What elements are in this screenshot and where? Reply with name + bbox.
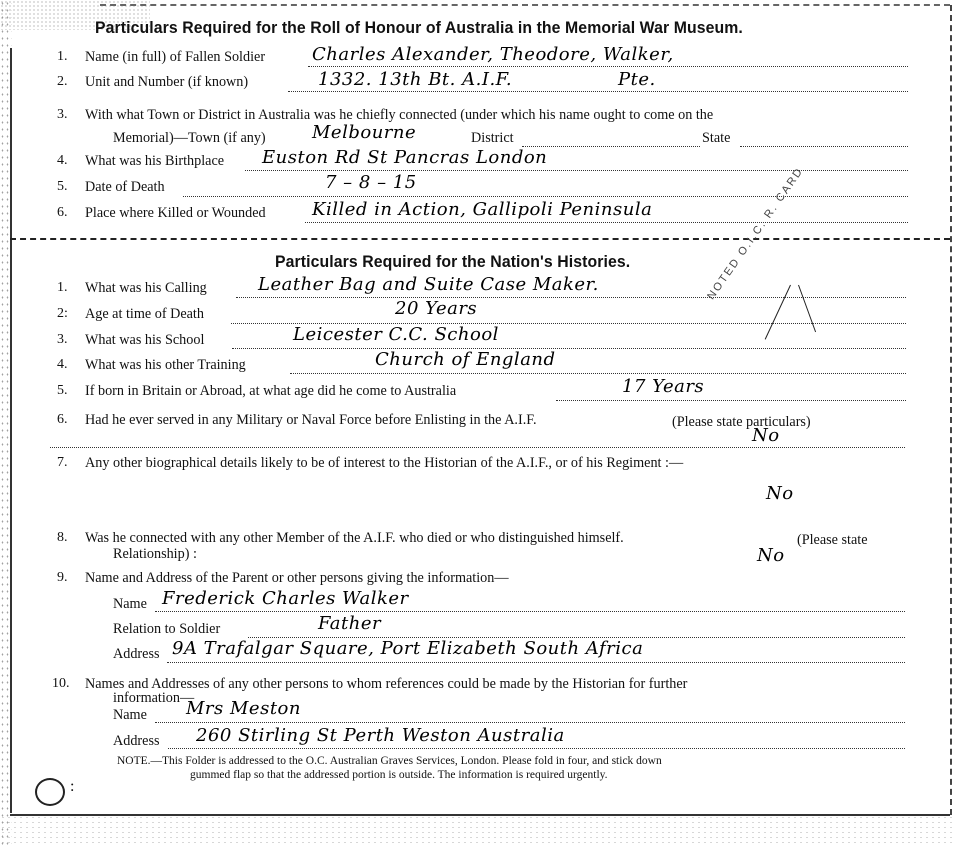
section-separator (10, 238, 950, 240)
border-top (100, 4, 950, 6)
field-label-biographical: Any other biographical details likely to… (85, 455, 683, 472)
note-line-1: NOTE.—This Folder is addressed to the O.… (117, 755, 662, 767)
fill-line (183, 196, 908, 197)
item-number: 2: (57, 306, 81, 322)
fill-line (556, 400, 906, 401)
border-bottom (10, 814, 950, 816)
field-label-age-arrival: If born in Britain or Abroad, at what ag… (85, 383, 456, 400)
fill-line (308, 66, 908, 67)
field-label-name: Name (in full) of Fallen Soldier (85, 49, 265, 66)
town-value: Melbourne (312, 122, 416, 143)
fill-line (236, 297, 906, 298)
other-training-value: Church of England (375, 349, 556, 370)
fill-line (155, 611, 905, 612)
noted-stamp: NOTED O.I.C. R. CARD (705, 165, 806, 302)
item-number: 1. (57, 49, 81, 65)
school-value: Leicester C.C. School (293, 324, 499, 345)
other-name-value: Mrs Meston (186, 698, 301, 719)
field-label-connected: Was he connected with any other Member o… (85, 530, 624, 547)
field-label-parent-address: Address (113, 646, 160, 663)
item-number: 5. (57, 383, 81, 399)
field-label-unit: Unit and Number (if known) (85, 74, 248, 91)
item-number: 1. (57, 280, 81, 296)
age-arrival-value: 17 Years (622, 376, 704, 397)
field-label-school: What was his School (85, 332, 204, 349)
item-number: 10. (52, 676, 76, 692)
fill-line (155, 722, 905, 723)
parent-name-value: Frederick Charles Walker (162, 588, 409, 609)
field-label-calling: What was his Calling (85, 280, 207, 297)
field-label-district: District (471, 130, 514, 147)
item-number: 6. (57, 205, 81, 221)
fill-line (290, 373, 906, 374)
fill-line (245, 170, 908, 171)
field-label-military-service: Had he ever served in any Military or Na… (85, 412, 537, 429)
field-label-place-killed: Place where Killed or Wounded (85, 205, 266, 222)
fill-line-state (740, 146, 908, 147)
soldier-name-value: Charles Alexander, Theodore, Walker, (312, 44, 674, 65)
rank-value: Pte. (618, 69, 656, 90)
check-mark-stroke (765, 285, 791, 340)
military-service-value: No (752, 425, 780, 446)
other-address-value: 260 Stirling St Perth Weston Australia (196, 725, 565, 746)
biographical-value: No (766, 483, 794, 504)
field-label-parent-name: Name (113, 596, 147, 613)
connected-value: No (757, 545, 785, 566)
date-of-death-value: 7 – 8 – 15 (325, 172, 417, 193)
field-label-information: information— (113, 690, 194, 707)
item-number: 6. (57, 412, 81, 428)
field-label-relationship: Relationship) : (113, 546, 197, 563)
parent-address-value: 9A Trafalgar Square, Port Elizabeth Sout… (172, 638, 643, 659)
nations-histories-title: Particulars Required for the Nation's Hi… (275, 252, 630, 272)
field-label-please-state: (Please state particulars) (672, 414, 811, 431)
fill-line-district (522, 146, 700, 147)
birthplace-value: Euston Rd St Pancras London (262, 147, 547, 168)
check-mark-stroke (798, 285, 816, 332)
item-number: 8. (57, 530, 81, 546)
field-label-please-state-2: (Please state (797, 532, 868, 549)
field-label-age: Age at time of Death (85, 306, 204, 323)
field-label-state: State (702, 130, 730, 147)
field-label-birthplace: What was his Birthplace (85, 153, 224, 170)
fill-line (50, 447, 905, 448)
field-label-relation: Relation to Soldier (113, 621, 220, 638)
fill-line (232, 348, 906, 349)
scan-noise-bottom (0, 815, 955, 847)
border-left (10, 48, 12, 813)
field-label-town: Memorial)—Town (if any) (113, 130, 266, 147)
item-number: 4. (57, 153, 81, 169)
item-number: 3. (57, 107, 81, 123)
field-label-other-training: What was his other Training (85, 357, 246, 374)
border-right (950, 5, 952, 815)
document-page: Particulars Required for the Roll of Hon… (0, 0, 955, 847)
field-label-other-name: Name (113, 707, 147, 724)
item-number: 7. (57, 455, 81, 471)
field-label-parent: Name and Address of the Parent or other … (85, 570, 509, 587)
unit-number-value: 1332. 13th Bt. A.I.F. (318, 69, 512, 90)
fill-line (168, 748, 905, 749)
item-number: 3. (57, 332, 81, 348)
roll-of-honour-title: Particulars Required for the Roll of Hon… (95, 18, 743, 38)
colon-mark: : (70, 778, 74, 796)
item-number: 9. (57, 570, 81, 586)
age-value: 20 Years (395, 298, 477, 319)
fill-line (167, 662, 905, 663)
field-label-other-address: Address (113, 733, 160, 750)
calling-value: Leather Bag and Suite Case Maker. (258, 274, 599, 295)
fill-line (305, 222, 908, 223)
fill-line (288, 91, 908, 92)
item-number: 2. (57, 74, 81, 90)
place-killed-value: Killed in Action, Gallipoli Peninsula (312, 199, 652, 220)
punch-hole-mark (35, 778, 65, 806)
note-line-2: gummed flap so that the addressed portio… (190, 769, 608, 781)
item-number: 4. (57, 357, 81, 373)
item-number: 5. (57, 179, 81, 195)
field-label-date-of-death: Date of Death (85, 179, 165, 196)
relation-value: Father (318, 613, 381, 634)
